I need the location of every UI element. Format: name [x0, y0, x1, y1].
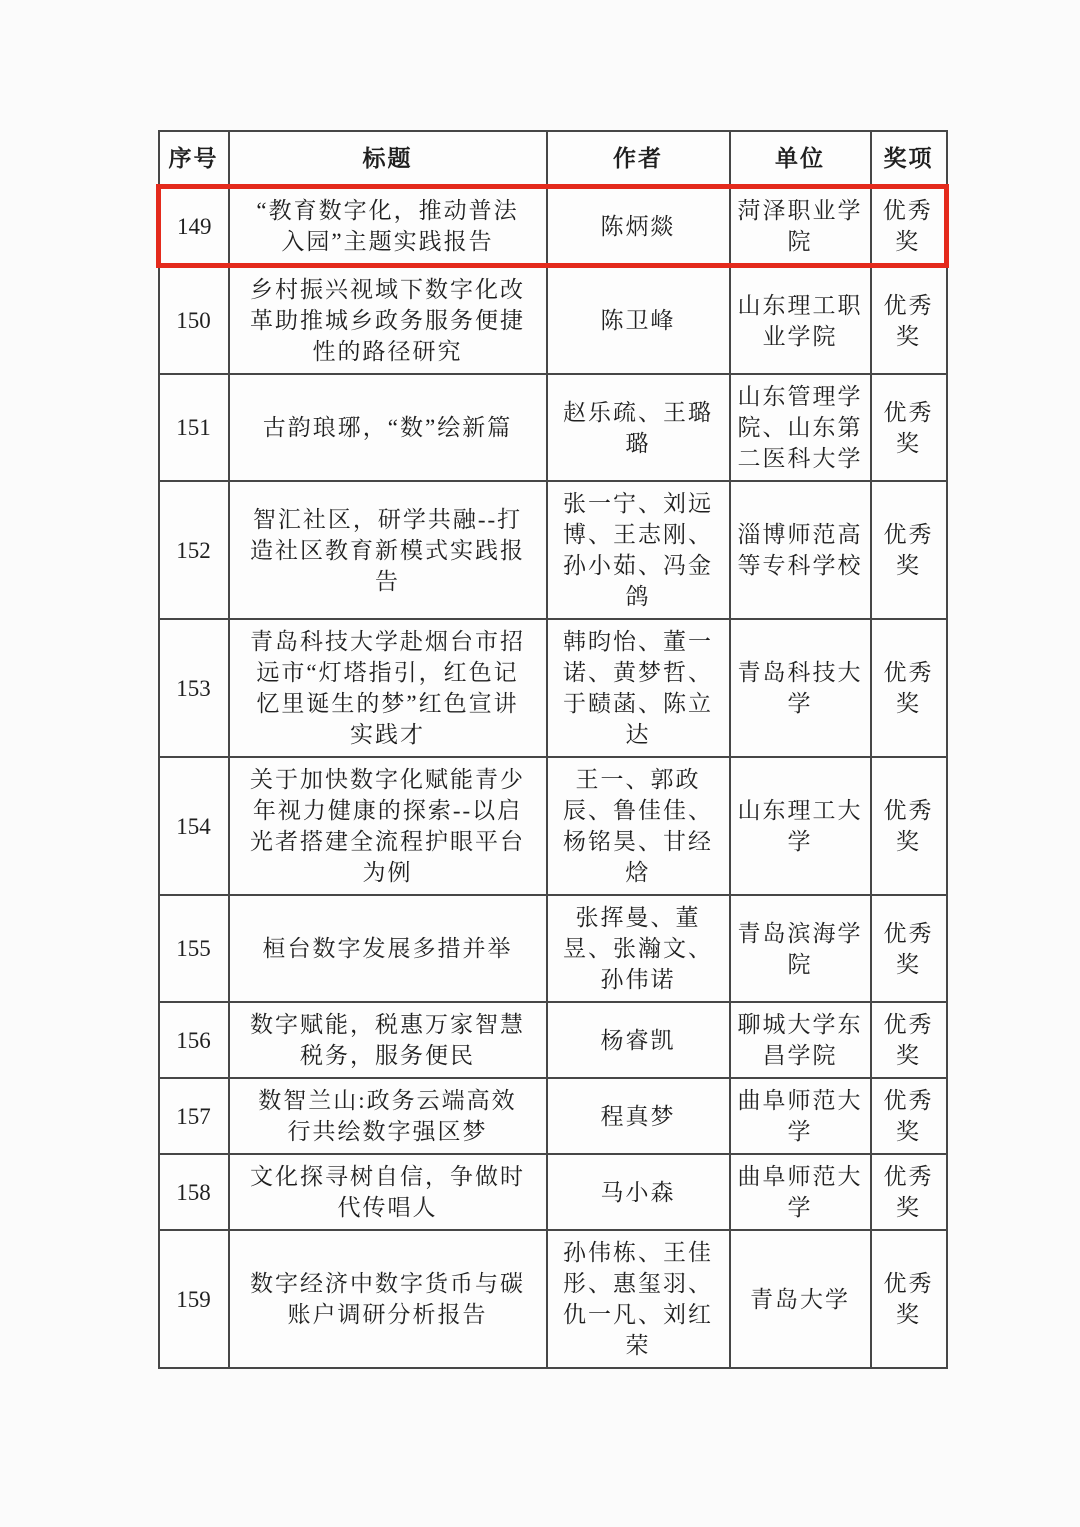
award-cell: 优秀奖 — [871, 1154, 947, 1230]
unit-cell: 菏泽职业学院 — [730, 187, 871, 266]
unit-cell: 曲阜师范大学 — [730, 1154, 871, 1230]
unit-cell: 聊城大学东昌学院 — [730, 1002, 871, 1078]
table-row: 158文化探寻树自信，争做时代传唱人马小森曲阜师范大学优秀奖 — [159, 1154, 947, 1230]
award-cell: 优秀奖 — [871, 757, 947, 895]
award-cell: 优秀奖 — [871, 1230, 947, 1368]
authors-cell: 张一宁、刘远博、王志刚、孙小茹、冯金鸽 — [547, 481, 730, 619]
authors-cell: 孙伟栋、王佳彤、惠玺羽、仇一凡、刘红荣 — [547, 1230, 730, 1368]
row-number-cell: 159 — [159, 1230, 229, 1368]
title-cell: 乡村振兴视域下数字化改革助推城乡政务服务便捷性的路径研究 — [229, 266, 547, 375]
title-cell: 数智兰山:政务云端高效行共绘数字强区梦 — [229, 1078, 547, 1154]
table-row: 150乡村振兴视域下数字化改革助推城乡政务服务便捷性的路径研究陈卫峰山东理工职业… — [159, 266, 947, 375]
authors-cell: 张挥曼、董昱、张瀚文、孙伟诺 — [547, 895, 730, 1002]
awards-table: 序号标题作者单位奖项 149“教育数字化，推动普法入园”主题实践报告陈炳燚菏泽职… — [156, 130, 949, 1369]
row-number-cell: 151 — [159, 374, 229, 481]
awards-table-header-row: 序号标题作者单位奖项 — [159, 131, 947, 187]
table-row-highlighted: 149“教育数字化，推动普法入园”主题实践报告陈炳燚菏泽职业学院优秀奖 — [159, 187, 947, 266]
unit-cell: 淄博师范高等专科学校 — [730, 481, 871, 619]
title-cell: “教育数字化，推动普法入园”主题实践报告 — [229, 187, 547, 266]
award-cell: 优秀奖 — [871, 266, 947, 375]
table-row: 155桓台数字发展多措并举张挥曼、董昱、张瀚文、孙伟诺青岛滨海学院优秀奖 — [159, 895, 947, 1002]
unit-cell: 青岛科技大学 — [730, 619, 871, 757]
title-cell: 文化探寻树自信，争做时代传唱人 — [229, 1154, 547, 1230]
authors-cell: 程真梦 — [547, 1078, 730, 1154]
title-cell: 数字赋能，税惠万家智慧税务，服务便民 — [229, 1002, 547, 1078]
authors-cell: 赵乐疏、王璐璐 — [547, 374, 730, 481]
authors-cell: 韩昀怡、董一诺、黄梦哲、于赜菡、陈立达 — [547, 619, 730, 757]
row-number-cell: 149 — [159, 187, 229, 266]
unit-cell: 山东理工大学 — [730, 757, 871, 895]
table-row: 154关于加快数字化赋能青少年视力健康的探索--以启光者搭建全流程护眼平台为例王… — [159, 757, 947, 895]
unit-cell: 山东理工职业学院 — [730, 266, 871, 375]
header-cell: 标题 — [229, 131, 547, 187]
table-row: 153青岛科技大学赴烟台市招远市“灯塔指引，红色记忆里诞生的梦”红色宣讲实践才韩… — [159, 619, 947, 757]
table-row: 151古韵琅琊，“数”绘新篇赵乐疏、王璐璐山东管理学院、山东第二医科大学优秀奖 — [159, 374, 947, 481]
row-number-cell: 153 — [159, 619, 229, 757]
table-row: 152智汇社区，研学共融--打造社区教育新模式实践报告张一宁、刘远博、王志刚、孙… — [159, 481, 947, 619]
award-cell: 优秀奖 — [871, 1002, 947, 1078]
row-number-cell: 158 — [159, 1154, 229, 1230]
table-row: 159数字经济中数字货币与碳账户调研分析报告孙伟栋、王佳彤、惠玺羽、仇一凡、刘红… — [159, 1230, 947, 1368]
title-cell: 桓台数字发展多措并举 — [229, 895, 547, 1002]
title-cell: 古韵琅琊，“数”绘新篇 — [229, 374, 547, 481]
row-number-cell: 156 — [159, 1002, 229, 1078]
unit-cell: 山东管理学院、山东第二医科大学 — [730, 374, 871, 481]
header-cell: 单位 — [730, 131, 871, 187]
award-cell: 优秀奖 — [871, 895, 947, 1002]
award-cell: 优秀奖 — [871, 481, 947, 619]
authors-cell: 王一、郭政辰、鲁佳佳、杨铭昊、甘经焓 — [547, 757, 730, 895]
unit-cell: 青岛大学 — [730, 1230, 871, 1368]
authors-cell: 陈卫峰 — [547, 266, 730, 375]
row-number-cell: 155 — [159, 895, 229, 1002]
authors-cell: 马小森 — [547, 1154, 730, 1230]
award-cell: 优秀奖 — [871, 187, 947, 266]
authors-cell: 陈炳燚 — [547, 187, 730, 266]
award-cell: 优秀奖 — [871, 1078, 947, 1154]
unit-cell: 青岛滨海学院 — [730, 895, 871, 1002]
document-page: 序号标题作者单位奖项 149“教育数字化，推动普法入园”主题实践报告陈炳燚菏泽职… — [0, 0, 1080, 1527]
awards-table-body: 149“教育数字化，推动普法入园”主题实践报告陈炳燚菏泽职业学院优秀奖150乡村… — [159, 187, 947, 1369]
title-cell: 数字经济中数字货币与碳账户调研分析报告 — [229, 1230, 547, 1368]
award-cell: 优秀奖 — [871, 619, 947, 757]
authors-cell: 杨睿凯 — [547, 1002, 730, 1078]
award-cell: 优秀奖 — [871, 374, 947, 481]
row-number-cell: 152 — [159, 481, 229, 619]
header-cell: 作者 — [547, 131, 730, 187]
header-cell: 序号 — [159, 131, 229, 187]
header-cell: 奖项 — [871, 131, 947, 187]
title-cell: 青岛科技大学赴烟台市招远市“灯塔指引，红色记忆里诞生的梦”红色宣讲实践才 — [229, 619, 547, 757]
title-cell: 智汇社区，研学共融--打造社区教育新模式实践报告 — [229, 481, 547, 619]
table-row: 157数智兰山:政务云端高效行共绘数字强区梦程真梦曲阜师范大学优秀奖 — [159, 1078, 947, 1154]
unit-cell: 曲阜师范大学 — [730, 1078, 871, 1154]
title-cell: 关于加快数字化赋能青少年视力健康的探索--以启光者搭建全流程护眼平台为例 — [229, 757, 547, 895]
table-row: 156数字赋能，税惠万家智慧税务，服务便民杨睿凯聊城大学东昌学院优秀奖 — [159, 1002, 947, 1078]
row-number-cell: 157 — [159, 1078, 229, 1154]
row-number-cell: 154 — [159, 757, 229, 895]
row-number-cell: 150 — [159, 266, 229, 375]
